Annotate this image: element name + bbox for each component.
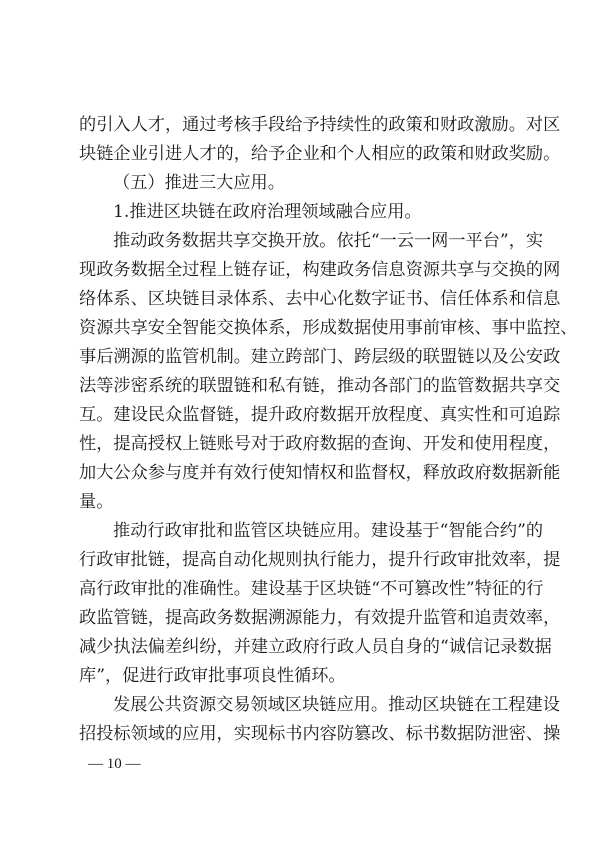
text-line: 招投标领域的应用，实现标书内容防篡改、标书数据防泄密、操 <box>79 720 525 749</box>
page-number: — 10 — <box>88 756 141 773</box>
text-line: 资源共享安全智能交换体系，形成数据使用事前审核、事中监控、 <box>79 314 525 343</box>
paragraph-first-line: 推动政务数据共享交换开放。依托“一云一网一平台”，实 <box>79 227 525 256</box>
paragraph-first-line: 发展公共资源交易领域区块链应用。推动区块链在工程建设 <box>79 691 525 720</box>
text-line: 事后溯源的监管机制。建立跨部门、跨层级的联盟链以及公安政 <box>79 343 525 372</box>
text-line: 的引入人才，通过考核手段给予持续性的政策和财政激励。对区 <box>79 111 525 140</box>
text-line: 络体系、区块链目录体系、去中心化数字证书、信任体系和信息 <box>79 285 525 314</box>
section-heading: （五）推进三大应用。 <box>79 169 525 198</box>
text-line: 法等涉密系统的联盟链和私有链，推动各部门的监管数据共享交 <box>79 372 525 401</box>
text-line: 加大公众参与度并有效行使知情权和监督权，释放政府数据新能 <box>79 459 525 488</box>
subsection-heading: 1.推进区块链在政府治理领域融合应用。 <box>79 198 525 227</box>
text-line: 块链企业引进人才的，给予企业和个人相应的政策和财政奖励。 <box>79 140 525 169</box>
text-line: 政监管链，提高政务数据溯源能力，有效提升监管和追责效率， <box>79 604 525 633</box>
paragraph-first-line: 推动行政审批和监管区块链应用。建设基于“智能合约”的 <box>79 517 525 546</box>
text-line: 性，提高授权上链账号对于政府数据的查询、开发和使用程度， <box>79 430 525 459</box>
text-line: 量。 <box>79 488 525 517</box>
text-line: 高行政审批的准确性。建设基于区块链“不可篡改性”特征的行 <box>79 575 525 604</box>
document-body: 的引入人才，通过考核手段给予持续性的政策和财政激励。对区 块链企业引进人才的，给… <box>79 111 525 749</box>
text-line: 互。建设民众监督链，提升政府数据开放程度、真实性和可追踪 <box>79 401 525 430</box>
text-line: 现政务数据全过程上链存证，构建政务信息资源共享与交换的网 <box>79 256 525 285</box>
text-line: 减少执法偏差纠纷，并建立政府行政人员自身的“诚信记录数据 <box>79 633 525 662</box>
text-line: 库”，促进行政审批事项良性循环。 <box>79 662 525 691</box>
text-line: 行政审批链，提高自动化规则执行能力，提升行政审批效率，提 <box>79 546 525 575</box>
